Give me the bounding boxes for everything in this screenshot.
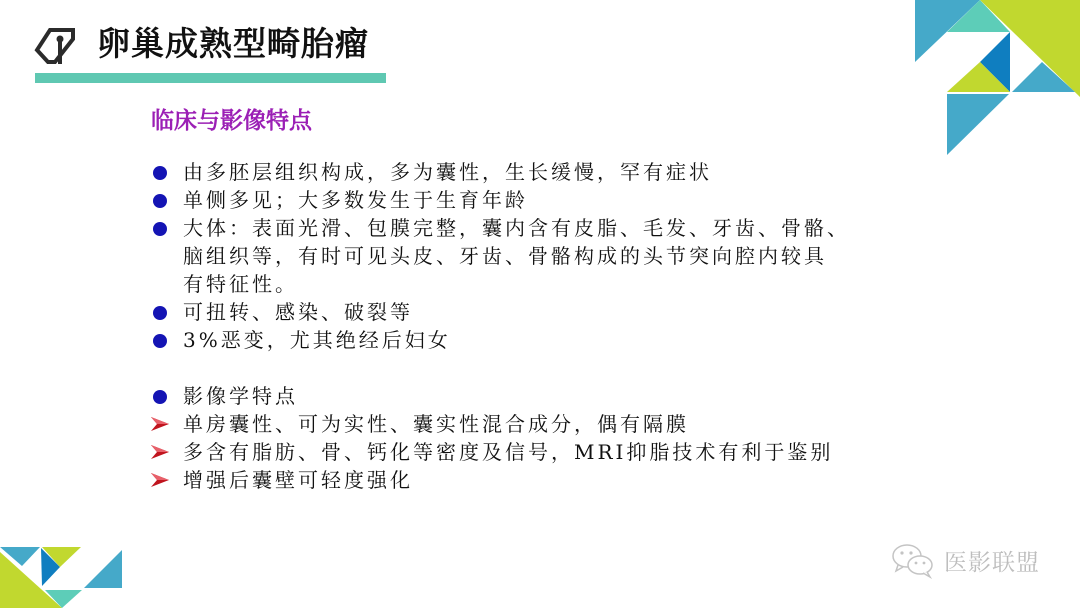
imaging-heading-item: 影像学特点 (150, 382, 970, 410)
tag-icon (33, 24, 77, 68)
list-item: 大体：表面光滑、包膜完整，囊内含有皮脂、毛发、牙齿、骨骼、 脑组织等，有时可见头… (150, 214, 970, 298)
spacer (150, 354, 970, 382)
arrow-bullet-icon (150, 472, 170, 488)
list-item: 可扭转、感染、破裂等 (150, 298, 970, 326)
slide-title: 卵巢成熟型畸胎瘤 (97, 22, 369, 66)
imaging-list-item: 单房囊性、可为实性、囊实性混合成分，偶有隔膜 (150, 410, 970, 438)
watermark-text: 医影联盟 (944, 544, 1040, 577)
imaging-list-item: 增强后囊壁可轻度强化 (150, 466, 970, 494)
section-heading: 临床与影像特点 (151, 105, 312, 137)
bullet-dot-icon (153, 334, 167, 348)
arrow-bullet-icon (150, 444, 170, 460)
imaging-list-item: 多含有脂肪、骨、钙化等密度及信号，MRI抑脂技术有利于鉴别 (150, 438, 970, 466)
bullet-dot-icon (153, 194, 167, 208)
bottom-left-triangles (0, 547, 122, 608)
bullet-dot-icon (153, 390, 167, 404)
bullet-dot-icon (153, 166, 167, 180)
list-item: 单侧多见；大多数发生于生育年龄 (150, 186, 970, 214)
list-item: 由多胚层组织构成，多为囊性，生长缓慢，罕有症状 (150, 158, 970, 186)
bullet-dot-icon (153, 306, 167, 320)
content-list: 由多胚层组织构成，多为囊性，生长缓慢，罕有症状 单侧多见；大多数发生于生育年龄 … (150, 158, 970, 494)
wechat-icon (890, 541, 936, 579)
top-right-triangles (915, 0, 1080, 155)
list-item: 3%恶变，尤其绝经后妇女 (150, 326, 970, 354)
arrow-bullet-icon (150, 416, 170, 432)
watermark: 医影联盟 (890, 540, 1040, 580)
bullet-dot-icon (153, 222, 167, 236)
title-underline-bar (35, 73, 386, 83)
